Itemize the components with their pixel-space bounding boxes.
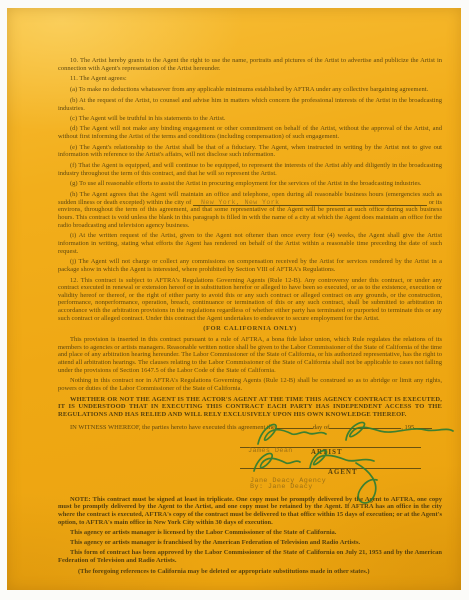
california-heading: (FOR CALIFORNIA ONLY): [58, 325, 442, 333]
witness-year-text: , 195: [401, 424, 414, 431]
item-a: (a) To make no deductions whatsoever fro…: [58, 86, 442, 94]
item-h: (h) The Agent agrees that the Agent will…: [58, 191, 442, 229]
scanned-contract-photo: { "doc": { "paragraphs": { "p10": "10. T…: [0, 0, 469, 600]
agency-by-typed: By: Jane Deacy: [250, 484, 313, 492]
item-f: (f) That the Agent is equipped, and will…: [58, 162, 442, 177]
witness-pre-text: IN WITNESS WHEREOF, the parties hereto h…: [70, 424, 275, 431]
item-j: (j) The Agent will not charge or collect…: [58, 258, 442, 273]
contract-page: 10. The Artist hereby grants to the Agen…: [7, 8, 461, 590]
para-12: 12. This contract is subject to AFTRA's …: [58, 277, 442, 323]
california-clause-2: Nothing in this contract nor in AFTRA's …: [58, 377, 442, 392]
artist-label: ARTIST: [311, 449, 343, 457]
city-blank-line: New York, New York: [193, 199, 427, 206]
witness-day-of-text: day of: [313, 424, 329, 431]
franchised-statement: This agency or artists manager is franch…: [58, 539, 442, 547]
signature-block: IN WITNESS WHEREOF, the parties hereto h…: [58, 422, 442, 494]
item-i: (i) At the written request of the Artist…: [58, 232, 442, 255]
contract-text-block: 10. The Artist hereby grants to the Agen…: [58, 57, 442, 578]
whether-clause: WHETHER OR NOT THE AGENT IS THE ACTOR'S …: [58, 396, 442, 419]
para-11: 11. The Agent agrees:: [58, 75, 442, 83]
para-10: 10. The Artist hereby grants to the Agen…: [58, 57, 442, 72]
item-g: (g) To use all reasonable efforts to ass…: [58, 180, 442, 188]
agent-label: AGENT: [328, 469, 358, 477]
note-paragraph: NOTE: This contract must be signed at le…: [58, 496, 442, 526]
footnote: (The foregoing references to California …: [58, 568, 442, 576]
california-clause-1: This provision is inserted in this contr…: [58, 336, 442, 374]
city-typed-fill: New York, New York: [201, 199, 279, 206]
year-blank-line: [414, 422, 432, 429]
month-blank-line: [329, 422, 401, 429]
artist-typed-name: James Dean: [248, 448, 293, 456]
item-e: (e) The Agent's relationship to the Arti…: [58, 144, 442, 159]
item-b: (b) At the request of the Artist, to cou…: [58, 97, 442, 112]
item-c: (c) The Agent will be truthful in his st…: [58, 115, 442, 123]
licensed-statement: This agency or artists manager is licens…: [58, 529, 442, 537]
day-blank-line: [275, 422, 313, 429]
approved-statement: This form of contract has been approved …: [58, 549, 442, 564]
witness-clause: IN WITNESS WHEREOF, the parties hereto h…: [58, 422, 442, 432]
item-d: (d) The Agent will not make any binding …: [58, 125, 442, 140]
